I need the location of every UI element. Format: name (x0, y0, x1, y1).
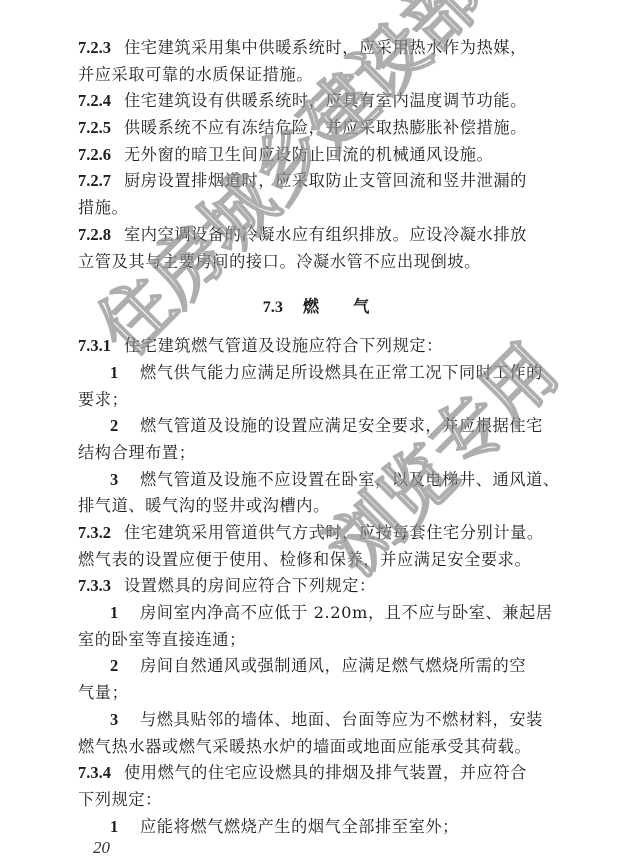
item-text: 室的卧室等直接连通； (78, 630, 246, 649)
list-item: 2房间自然通风或强制通风，应满足燃气燃烧所需的空 (78, 653, 554, 680)
clause-text: 措施。 (78, 198, 128, 217)
item-text: 燃气管道及设施不应设置在卧室，以及电梯井、通风道、 (140, 470, 560, 489)
clause-number: 7.2.4 (78, 88, 124, 115)
list-item: 1房间室内净高不应低于 2.20m，且不应与卧室、兼起居 (78, 600, 554, 627)
item-text: 燃气热水器或燃气采暖热水炉的墙面或地面应能承受其荷载。 (78, 737, 531, 756)
clause-7-3-1: 7.3.1住宅建筑燃气管道及设施应符合下列规定： (78, 333, 554, 360)
clause-7-3-2: 7.3.2住宅建筑采用管道供气方式时，应按每套住宅分别计量。 (78, 520, 554, 547)
clause-7-3-3: 7.3.3设置燃具的房间应符合下列规定： (78, 573, 554, 600)
item-text: 应能将燃气燃烧产生的烟气全部排至室外； (140, 817, 459, 836)
item-number: 1 (78, 360, 140, 387)
clause-number: 7.3.2 (78, 520, 124, 547)
section-title-part: 气 (353, 297, 369, 316)
clause-7-2-7: 7.2.7厨房设置排烟道时，应采取防止支管回流和竖井泄漏的 (78, 168, 554, 195)
list-item: 1燃气供气能力应满足所设燃具在正常工况下同时工作的 (78, 360, 554, 387)
item-continuation: 排气道、暖气沟的竖井或沟槽内。 (78, 493, 554, 520)
page-content: 7.2.3住宅建筑采用集中供暖系统时，应采用热水作为热媒， 并应采取可靠的水质保… (78, 35, 554, 840)
section-number: 7.3 (263, 298, 283, 316)
item-text: 气量； (78, 683, 128, 702)
clause-text: 立管及其与主要房间的接口。冷凝水管不应出现倒坡。 (78, 252, 481, 271)
section-title-part: 燃 (303, 297, 319, 316)
item-text: 房间室内净高不应低于 2.20m，且不应与卧室、兼起居 (140, 603, 553, 622)
clause-text: 并应采取可靠的水质保证措施。 (78, 65, 313, 84)
item-number: 1 (78, 600, 140, 627)
list-item: 2燃气管道及设施的设置应满足安全要求，并应根据住宅 (78, 413, 554, 440)
item-text: 燃气管道及设施的设置应满足安全要求，并应根据住宅 (140, 416, 543, 435)
item-continuation: 气量； (78, 680, 554, 707)
item-number: 1 (78, 814, 140, 841)
clause-text: 无外窗的暗卫生间应设防止回流的机械通风设施。 (124, 145, 493, 164)
clause-number: 7.3.3 (78, 573, 124, 600)
clause-number: 7.3.1 (78, 333, 124, 360)
item-continuation: 结构合理布置； (78, 440, 554, 467)
item-number: 2 (78, 653, 140, 680)
list-item: 3燃气管道及设施不应设置在卧室，以及电梯井、通风道、 (78, 467, 554, 494)
clause-text: 住宅建筑采用管道供气方式时，应按每套住宅分别计量。 (124, 523, 544, 542)
page-number: 20 (93, 838, 110, 858)
clause-7-3-4: 7.3.4使用燃气的住宅应设燃具的排烟及排气装置，并应符合 (78, 760, 554, 787)
item-text: 要求； (78, 390, 128, 409)
clause-continuation: 并应采取可靠的水质保证措施。 (78, 62, 554, 89)
clause-continuation: 下列规定： (78, 787, 554, 814)
clause-7-2-6: 7.2.6无外窗的暗卫生间应设防止回流的机械通风设施。 (78, 142, 554, 169)
section-heading: 7.3燃气 (78, 285, 554, 329)
clause-7-2-4: 7.2.4住宅建筑设有供暖系统时，应具有室内温度调节功能。 (78, 88, 554, 115)
clause-text: 使用燃气的住宅应设燃具的排烟及排气装置，并应符合 (124, 763, 527, 782)
clause-number: 7.2.3 (78, 35, 124, 62)
clause-text: 燃气表的设置应便于使用、检修和保养，并应满足安全要求。 (78, 550, 531, 569)
item-text: 燃气供气能力应满足所设燃具在正常工况下同时工作的 (140, 363, 543, 382)
clause-7-2-5: 7.2.5供暖系统不应有冻结危险，并应采取热膨胀补偿措施。 (78, 115, 554, 142)
item-text: 与燃具贴邻的墙体、地面、台面等应为不燃材料，安装 (140, 710, 543, 729)
item-number: 3 (78, 467, 140, 494)
clause-7-2-8: 7.2.8室内空调设备的冷凝水应有组织排放。应设冷凝水排放 (78, 222, 554, 249)
clause-text: 设置燃具的房间应符合下列规定： (124, 576, 376, 595)
clause-text: 室内空调设备的冷凝水应有组织排放。应设冷凝水排放 (124, 225, 527, 244)
clause-number: 7.2.7 (78, 168, 124, 195)
clause-text: 厨房设置排烟道时，应采取防止支管回流和竖井泄漏的 (124, 171, 527, 190)
clause-text: 住宅建筑设有供暖系统时，应具有室内温度调节功能。 (124, 91, 527, 110)
list-item: 1应能将燃气燃烧产生的烟气全部排至室外； (78, 814, 554, 841)
clause-continuation: 燃气表的设置应便于使用、检修和保养，并应满足安全要求。 (78, 547, 554, 574)
item-text: 结构合理布置； (78, 443, 196, 462)
clause-number: 7.3.4 (78, 760, 124, 787)
clause-number: 7.2.5 (78, 115, 124, 142)
item-continuation: 室的卧室等直接连通； (78, 627, 554, 654)
clause-text: 下列规定： (78, 790, 162, 809)
list-item: 3与燃具贴邻的墙体、地面、台面等应为不燃材料，安装 (78, 707, 554, 734)
clause-number: 7.2.8 (78, 222, 124, 249)
clause-continuation: 立管及其与主要房间的接口。冷凝水管不应出现倒坡。 (78, 249, 554, 276)
clause-number: 7.2.6 (78, 142, 124, 169)
clause-continuation: 措施。 (78, 195, 554, 222)
document-page: 7.2.3住宅建筑采用集中供暖系统时，应采用热水作为热媒， 并应采取可靠的水质保… (0, 0, 633, 862)
item-continuation: 燃气热水器或燃气采暖热水炉的墙面或地面应能承受其荷载。 (78, 734, 554, 761)
item-text: 房间自然通风或强制通风，应满足燃气燃烧所需的空 (140, 656, 526, 675)
item-number: 3 (78, 707, 140, 734)
item-number: 2 (78, 413, 140, 440)
clause-7-2-3: 7.2.3住宅建筑采用集中供暖系统时，应采用热水作为热媒， (78, 35, 554, 62)
clause-text: 供暖系统不应有冻结危险，并应采取热膨胀补偿措施。 (124, 118, 527, 137)
item-text: 排气道、暖气沟的竖井或沟槽内。 (78, 496, 330, 515)
clause-text: 住宅建筑燃气管道及设施应符合下列规定： (124, 336, 443, 355)
clause-text: 住宅建筑采用集中供暖系统时，应采用热水作为热媒， (124, 38, 527, 57)
item-continuation: 要求； (78, 387, 554, 414)
